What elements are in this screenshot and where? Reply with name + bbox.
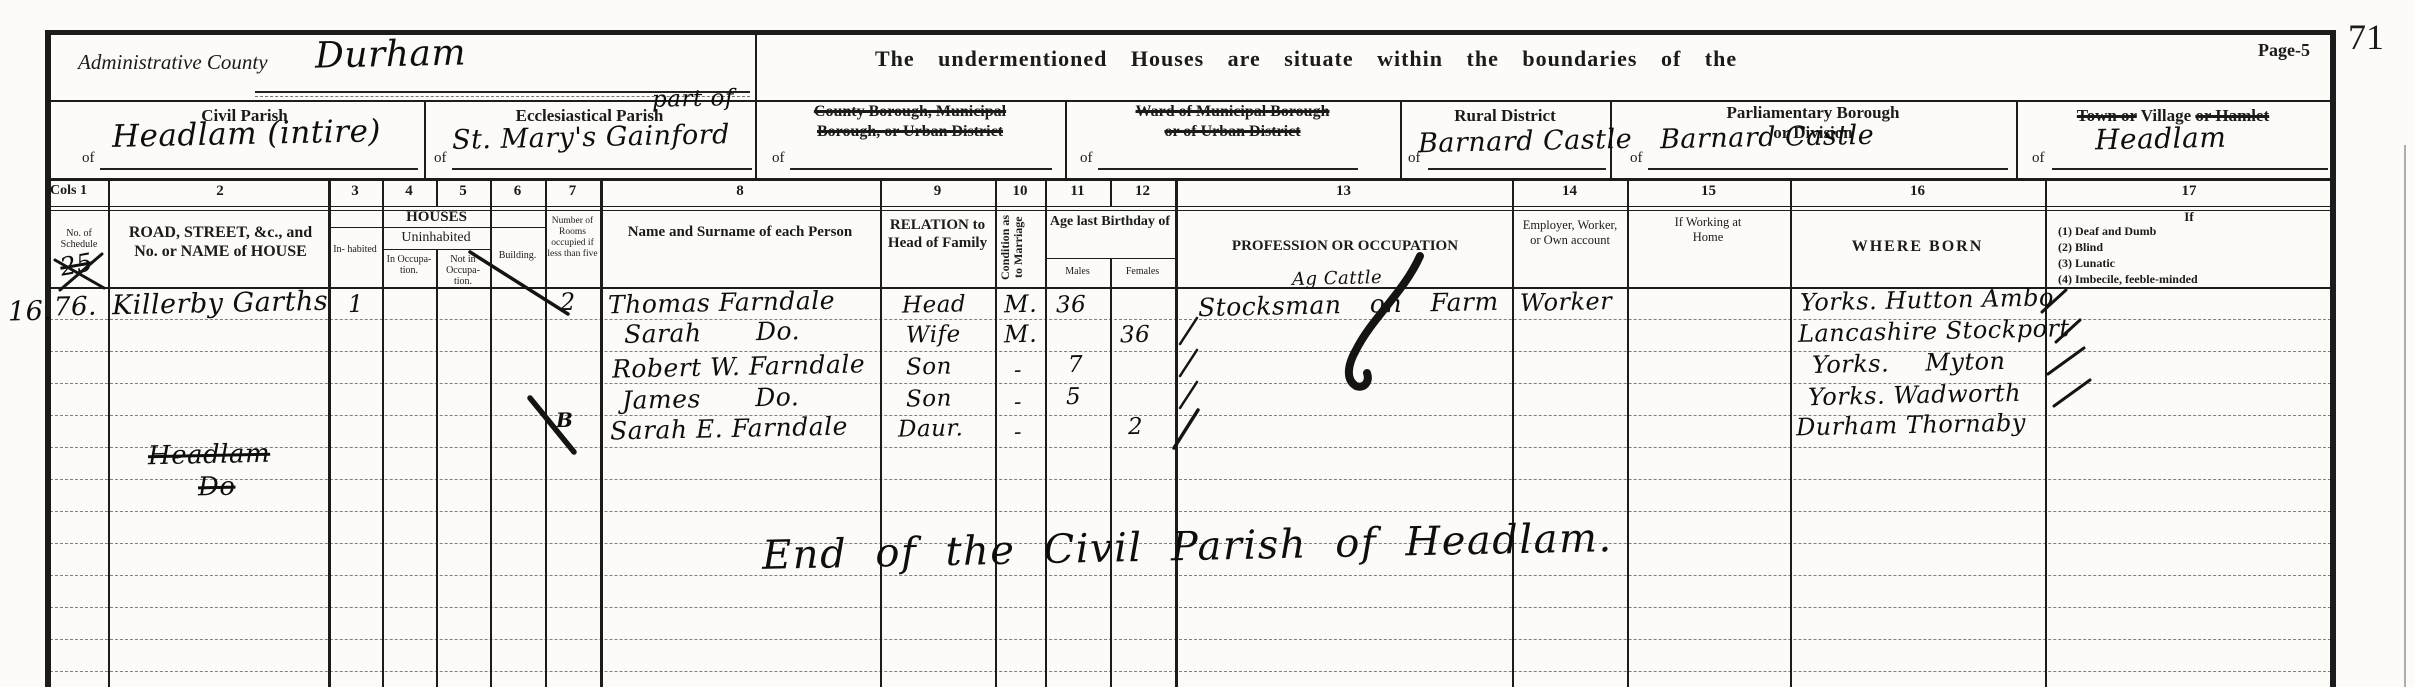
age-female-value: 2 xyxy=(1128,414,1144,440)
ward-label-1: Ward of Municipal Borough xyxy=(1065,103,1400,122)
person-name: James Do. xyxy=(622,382,800,415)
of-label: of xyxy=(2032,150,2045,168)
col-num-5: 5 xyxy=(436,183,490,201)
eccl-parish-annotation: part of xyxy=(652,85,734,113)
born-value: Durham Thornaby xyxy=(1796,409,2026,442)
schedule-scribble: 25 xyxy=(58,247,95,281)
row-rule xyxy=(45,575,2336,576)
tick-mark xyxy=(1180,350,1197,376)
parl-borough-value: Barnard Castle xyxy=(1660,120,1875,155)
of-label: of xyxy=(434,150,447,168)
col-num-4: 4 xyxy=(382,183,436,201)
civil-parish-value: Headlam (intire) xyxy=(112,113,382,155)
age-female-value: 36 xyxy=(1120,322,1151,349)
born-value: Lancashire Stockport xyxy=(1798,314,2070,348)
houses-group-label: HOUSES xyxy=(328,209,545,227)
col-num-9: 9 xyxy=(880,183,995,201)
end-of-parish-note: End of the Civil Parish of Headlam. xyxy=(762,515,1613,579)
person-name: Thomas Farndale xyxy=(608,286,836,320)
age-male-value: 36 xyxy=(1056,292,1087,319)
age-male-value: 5 xyxy=(1066,384,1082,410)
condition-value: - xyxy=(1014,390,1022,415)
col-title-employer: Employer, Worker, or Own account xyxy=(1516,218,1624,248)
person-name: Robert W. Farndale xyxy=(612,349,866,383)
road-value-struck: Headlam xyxy=(148,439,271,472)
age-group-label: Age last Birthday of xyxy=(1048,214,1172,231)
underline xyxy=(452,168,752,170)
folio-number: 71 xyxy=(2348,16,2384,58)
gridline xyxy=(1110,258,1112,687)
row-rule xyxy=(45,447,2336,448)
gridline xyxy=(1627,178,1629,687)
underline xyxy=(1428,168,1606,170)
relation-value: Son xyxy=(906,354,952,381)
col-num-7: 7 xyxy=(545,183,600,201)
col-num-13: 13 xyxy=(1175,183,1512,201)
col-title-inhabited: In- habited xyxy=(330,244,380,255)
col-title-building: Building. xyxy=(492,250,543,261)
county-borough-label-2: Borough, or Urban District xyxy=(755,123,1065,142)
col-title-females: Females xyxy=(1110,266,1175,277)
col-title-road: ROAD, STREET, &c., and No. or NAME of HO… xyxy=(118,224,323,262)
col-num-6: 6 xyxy=(490,183,545,201)
born-value: Yorks. Hutton Ambo xyxy=(1800,283,2054,316)
person-name: Sarah E. Farndale xyxy=(610,412,848,446)
of-label: of xyxy=(82,150,95,168)
person-name: Sarah Do. xyxy=(624,316,801,349)
gridline xyxy=(45,206,2336,207)
tick-mark xyxy=(1180,382,1197,408)
underline xyxy=(100,168,418,170)
col-num-8: 8 xyxy=(600,183,880,201)
col-title-condition: Condition as to Marriage xyxy=(999,211,1041,283)
inhabited-value: 1 xyxy=(348,290,364,318)
road-value: Killerby Garths xyxy=(112,286,329,322)
age-male-value: 7 xyxy=(1068,352,1084,378)
gridline xyxy=(880,178,882,687)
gridline xyxy=(436,249,438,687)
infirmity-item-1: (1) Deaf and Dumb xyxy=(2058,224,2330,238)
rural-district-label: Rural District xyxy=(1400,106,1610,126)
col-num-14: 14 xyxy=(1512,183,1627,201)
admin-county-label: Administrative County xyxy=(78,50,268,75)
infirmity-item-4: (4) Imbecile, feeble-minded xyxy=(2058,272,2330,286)
col-num-10: 10 xyxy=(995,183,1045,201)
of-label: of xyxy=(772,150,785,168)
ward-label-2: or of Urban District xyxy=(1065,123,1400,142)
col-num-3: 3 xyxy=(328,183,382,201)
underline xyxy=(2052,168,2328,170)
col-title-working-at-home: If Working at Home xyxy=(1663,215,1753,245)
col-num-15: 15 xyxy=(1627,183,1790,201)
relation-value: Head xyxy=(902,291,967,318)
col-num-1: Cols 1 xyxy=(50,183,108,200)
rooms-value: 2 xyxy=(560,288,576,316)
profession-value: Stocksman on Farm xyxy=(1198,287,1499,322)
census-sheet: Administrative County Durham The underme… xyxy=(0,0,2414,687)
margin-number: 16. xyxy=(8,296,53,328)
row-rule xyxy=(45,511,2336,512)
road-value-struck: Do xyxy=(198,472,236,503)
rural-district-value: Barnard Castle xyxy=(1418,124,1633,159)
born-value: Yorks. Myton xyxy=(1812,347,2006,379)
gridline xyxy=(328,227,545,228)
condition-value: M. xyxy=(1004,290,1038,319)
col-num-17: 17 xyxy=(2045,183,2333,201)
left-border xyxy=(45,30,51,687)
col-title-infirmity-if: If xyxy=(2045,209,2333,224)
gridline xyxy=(995,178,997,687)
gridline xyxy=(1790,178,1792,687)
row-rule xyxy=(45,479,2336,480)
col-title-name: Name and Surname of each Person xyxy=(615,224,865,242)
col-num-2: 2 xyxy=(115,183,325,201)
eccl-parish-value: St. Mary's Gainford xyxy=(452,119,730,156)
condition-value: - xyxy=(1014,420,1022,445)
condition-value: M. xyxy=(1004,320,1038,349)
rooms-mark: B xyxy=(556,408,574,432)
gridline xyxy=(45,100,2336,102)
gridline xyxy=(1175,178,1178,687)
col-title-profession: PROFESSION OR OCCUPATION xyxy=(1185,238,1505,256)
relation-value: Son xyxy=(906,386,952,413)
gridline xyxy=(2045,178,2047,687)
row-rule xyxy=(45,639,2336,640)
relation-value: Wife xyxy=(906,321,961,348)
page-label: Page-5 xyxy=(2160,40,2310,61)
infirmity-item-2: (2) Blind xyxy=(2058,240,2330,254)
underline xyxy=(1098,168,1358,170)
profession-insert: Ag Cattle xyxy=(1292,267,1383,290)
infirmity-item-3: (3) Lunatic xyxy=(2058,256,2330,270)
col-num-12: 12 xyxy=(1110,183,1175,201)
county-borough-label-1: County Borough, Municipal xyxy=(755,103,1065,122)
admin-county-value: Durham xyxy=(315,32,467,76)
relation-value: Daur. xyxy=(898,415,964,442)
gridline xyxy=(1512,178,1514,687)
gridline xyxy=(1045,178,1047,687)
row-rule xyxy=(45,671,2336,672)
col-title-relation: RELATION to Head of Family xyxy=(885,217,990,252)
of-label: of xyxy=(1630,150,1643,168)
col-title-in-occupation: In Occupa- tion. xyxy=(384,254,434,276)
gridline xyxy=(108,178,110,687)
col-title-schedule: No. of Schedule xyxy=(50,228,108,250)
of-label: of xyxy=(1080,150,1093,168)
row-rule xyxy=(45,607,2336,608)
gridline xyxy=(600,178,603,687)
statement: The undermentioned Houses are situate wi… xyxy=(875,46,2145,72)
col-title-not-in-occupation: Not in Occupa- tion. xyxy=(438,254,488,288)
col-num-16: 16 xyxy=(1790,183,2045,201)
born-value: Yorks. Wadworth xyxy=(1808,379,2022,411)
col-title-where-born: WHERE BORN xyxy=(1795,238,2040,257)
underline xyxy=(790,168,1052,170)
uninhabited-group-label: Uninhabited xyxy=(382,230,490,247)
schedule-number: 76. xyxy=(54,292,97,323)
underline xyxy=(1648,168,2008,170)
col-title-rooms: Number of Rooms occupied if less than fi… xyxy=(547,216,598,260)
scan-edge-line xyxy=(2404,145,2406,687)
gridline xyxy=(45,178,2336,181)
tick-mark xyxy=(1180,318,1197,344)
employer-value: Worker xyxy=(1520,287,1613,317)
village-value: Headlam xyxy=(2095,121,2227,157)
condition-value: - xyxy=(1014,358,1022,383)
col-num-11: 11 xyxy=(1045,183,1110,201)
right-border xyxy=(2330,30,2336,687)
col-title-males: Males xyxy=(1045,266,1110,277)
